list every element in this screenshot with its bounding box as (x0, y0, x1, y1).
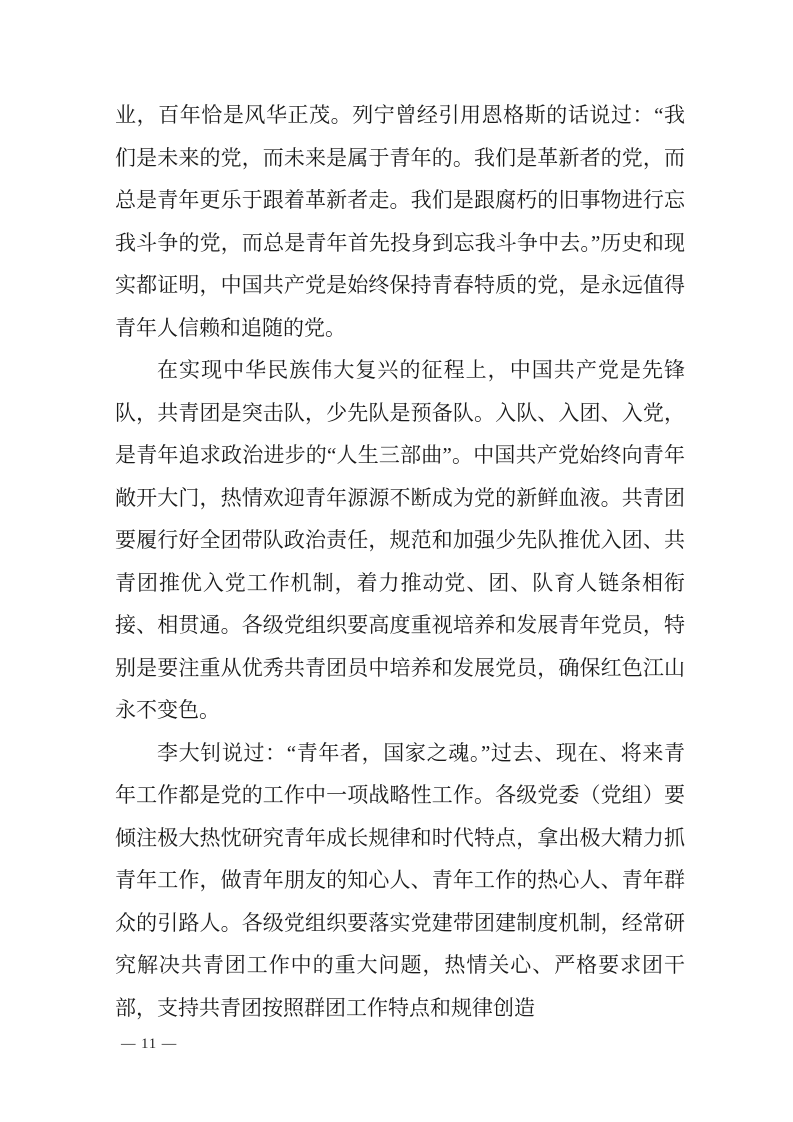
document-page: 业，百年恰是风华正茂。列宁曾经引用恩格斯的话说过：“我们是未来的党，而未来是属于… (0, 0, 793, 1122)
page-number: — 11 — (121, 1036, 177, 1052)
body-paragraph: 业，百年恰是风华正茂。列宁曾经引用恩格斯的话说过：“我们是未来的党，而未来是属于… (115, 94, 685, 349)
document-body: 业，百年恰是风华正茂。列宁曾经引用恩格斯的话说过：“我们是未来的党，而未来是属于… (115, 94, 685, 1029)
body-paragraph: 李大钊说过：“青年者，国家之魂。”过去、现在、将来青年工作都是党的工作中一项战略… (115, 732, 685, 1030)
body-paragraph: 在实现中华民族伟大复兴的征程上，中国共产党是先锋队，共青团是突击队，少先队是预备… (115, 349, 685, 732)
page-footer: — 11 — (121, 1036, 177, 1053)
